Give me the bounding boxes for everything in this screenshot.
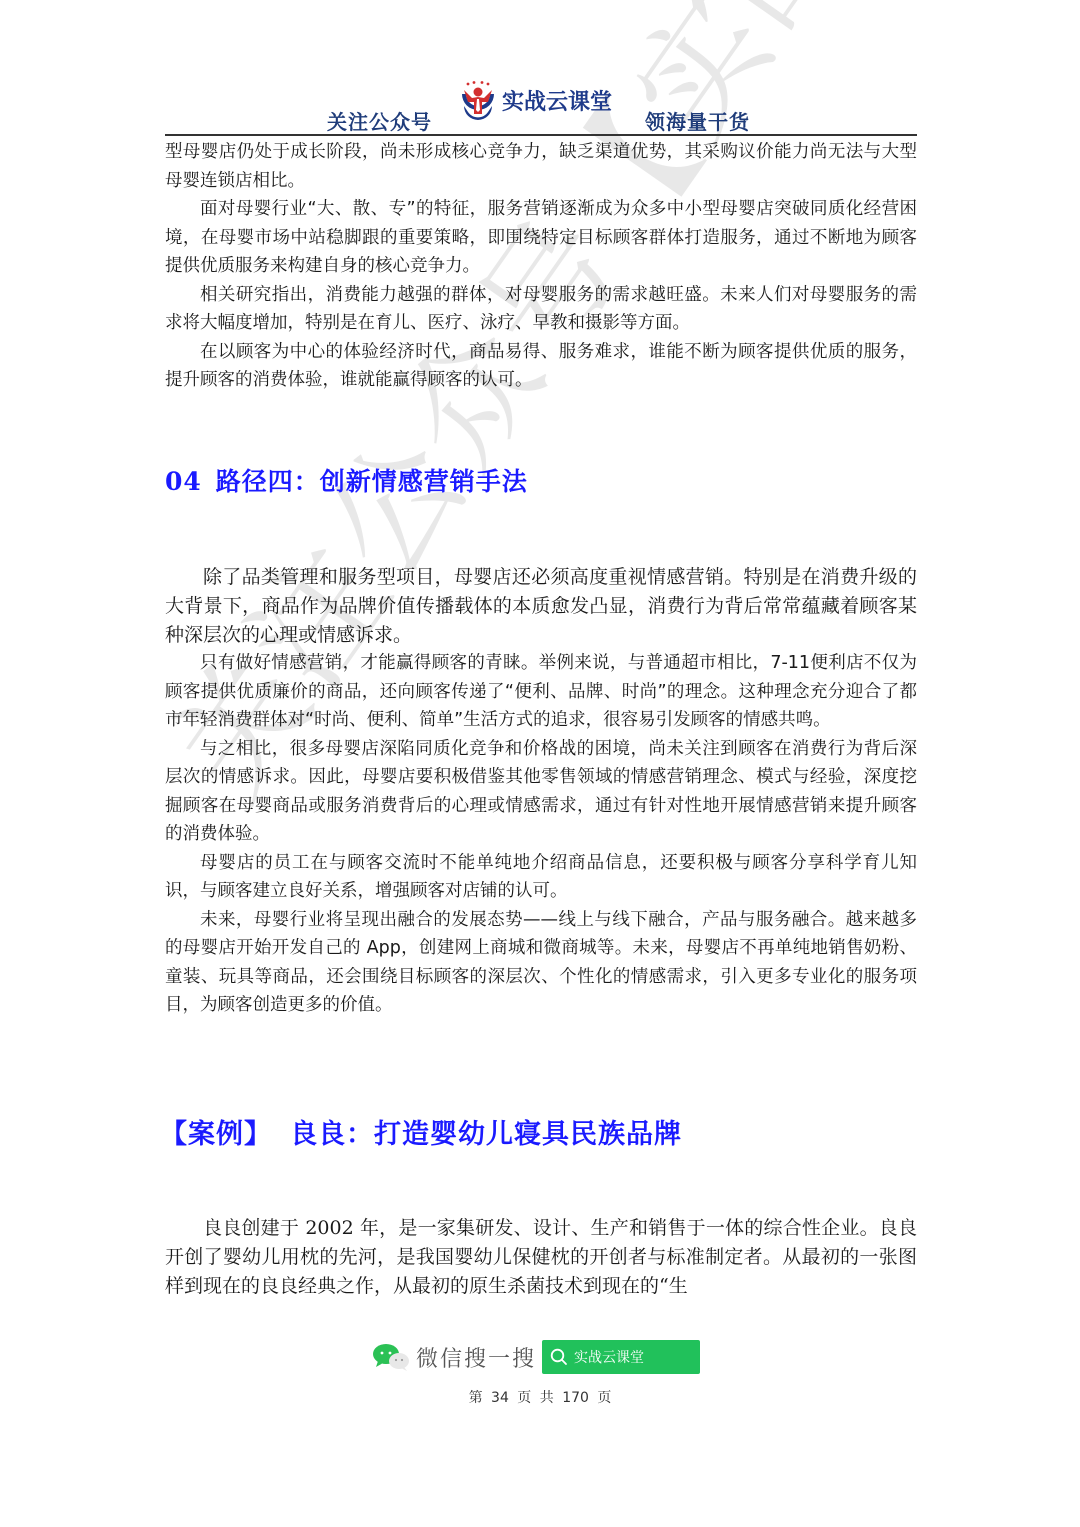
page-header: 关注公众号 实战云课堂 领海量干货 [165, 78, 917, 134]
wechat-icon [372, 1343, 410, 1371]
case-body: 良良创建于 2002 年，是一家集研发、设计、生产和销售于一体的综合性企业。良良… [165, 1214, 917, 1301]
search-icon [550, 1348, 568, 1366]
paragraph: 良良创建于 2002 年，是一家集研发、设计、生产和销售于一体的综合性企业。良良… [165, 1214, 917, 1301]
header-slogan-text: 领海量干货 [645, 106, 750, 135]
section-04-intro: 除了品类管理和服务型项目，母婴店还必须高度重视情感营销。特别是在消费升级的大背景… [165, 563, 917, 650]
section-04-body: 只有做好情感营销，才能赢得顾客的青睐。举例来说，与普通超市相比，7-11便利店不… [165, 649, 917, 1020]
paragraph: 母婴店的员工在与顾客交流时不能单纯地介绍商品信息，还要积极与顾客分享科学育儿知识… [165, 849, 917, 906]
case-title: 良良：打造婴幼儿寝具民族品牌 [290, 1119, 682, 1150]
paragraph: 与之相比，很多母婴店深陷同质化竞争和价格战的困境，尚未关注到顾客在消费行为背后深… [165, 735, 917, 849]
paragraph: 只有做好情感营销，才能赢得顾客的青睐。举例来说，与普通超市相比，7-11便利店不… [165, 649, 917, 735]
case-label: 【案例】 [160, 1119, 272, 1150]
search-box[interactable]: 实战云课堂 [542, 1340, 700, 1374]
paragraph: 相关研究指出，消费能力越强的群体，对母婴服务的需求越旺盛。未来人们对母婴服务的需… [165, 281, 917, 338]
section-title: 路径四：创新情感营销手法 [216, 467, 528, 496]
paragraph: 型母婴店仍处于成长阶段，尚未形成核心竞争力，缺乏渠道优势，其采购议价能力尚无法与… [165, 138, 917, 195]
section-continuation: 型母婴店仍处于成长阶段，尚未形成核心竞争力，缺乏渠道优势，其采购议价能力尚无法与… [165, 138, 917, 395]
paragraph: 未来，母婴行业将呈现出融合的发展态势——线上与线下融合，产品与服务融合。越来越多… [165, 906, 917, 1020]
header-divider [165, 134, 917, 136]
paragraph: 面对母婴行业“大、散、专”的特征，服务营销逐渐成为众多中小型母婴店突破同质化经营… [165, 195, 917, 281]
logo-text: 实战云课堂 [502, 85, 612, 116]
document-page: 关注公众号【实战云课堂】 关注公众号 实战云课堂 领海量干货 型母婴店仍处于成长… [0, 0, 1080, 1527]
case-heading: 【案例】良良：打造婴幼儿寝具民族品牌 [160, 1112, 682, 1151]
brand-logo: 实战云课堂 [458, 80, 612, 120]
paragraph: 在以顾客为中心的体验经济时代，商品易得、服务难求，谁能不断为顾客提供优质的服务，… [165, 338, 917, 395]
header-follow-text: 关注公众号 [327, 106, 432, 135]
search-query-text: 实战云课堂 [574, 1347, 644, 1367]
wechat-search-banner[interactable]: 微信搜一搜 实战云课堂 [372, 1340, 700, 1374]
section-heading-04: 04路径四：创新情感营销手法 [165, 462, 528, 498]
wechat-search-label: 微信搜一搜 [416, 1342, 536, 1373]
page-indicator: 第 34 页 共 170 页 [0, 1387, 1080, 1407]
paragraph: 除了品类管理和服务型项目，母婴店还必须高度重视情感营销。特别是在消费升级的大背景… [165, 563, 917, 650]
section-number: 04 [165, 467, 202, 496]
logo-mascot-icon [458, 80, 498, 120]
